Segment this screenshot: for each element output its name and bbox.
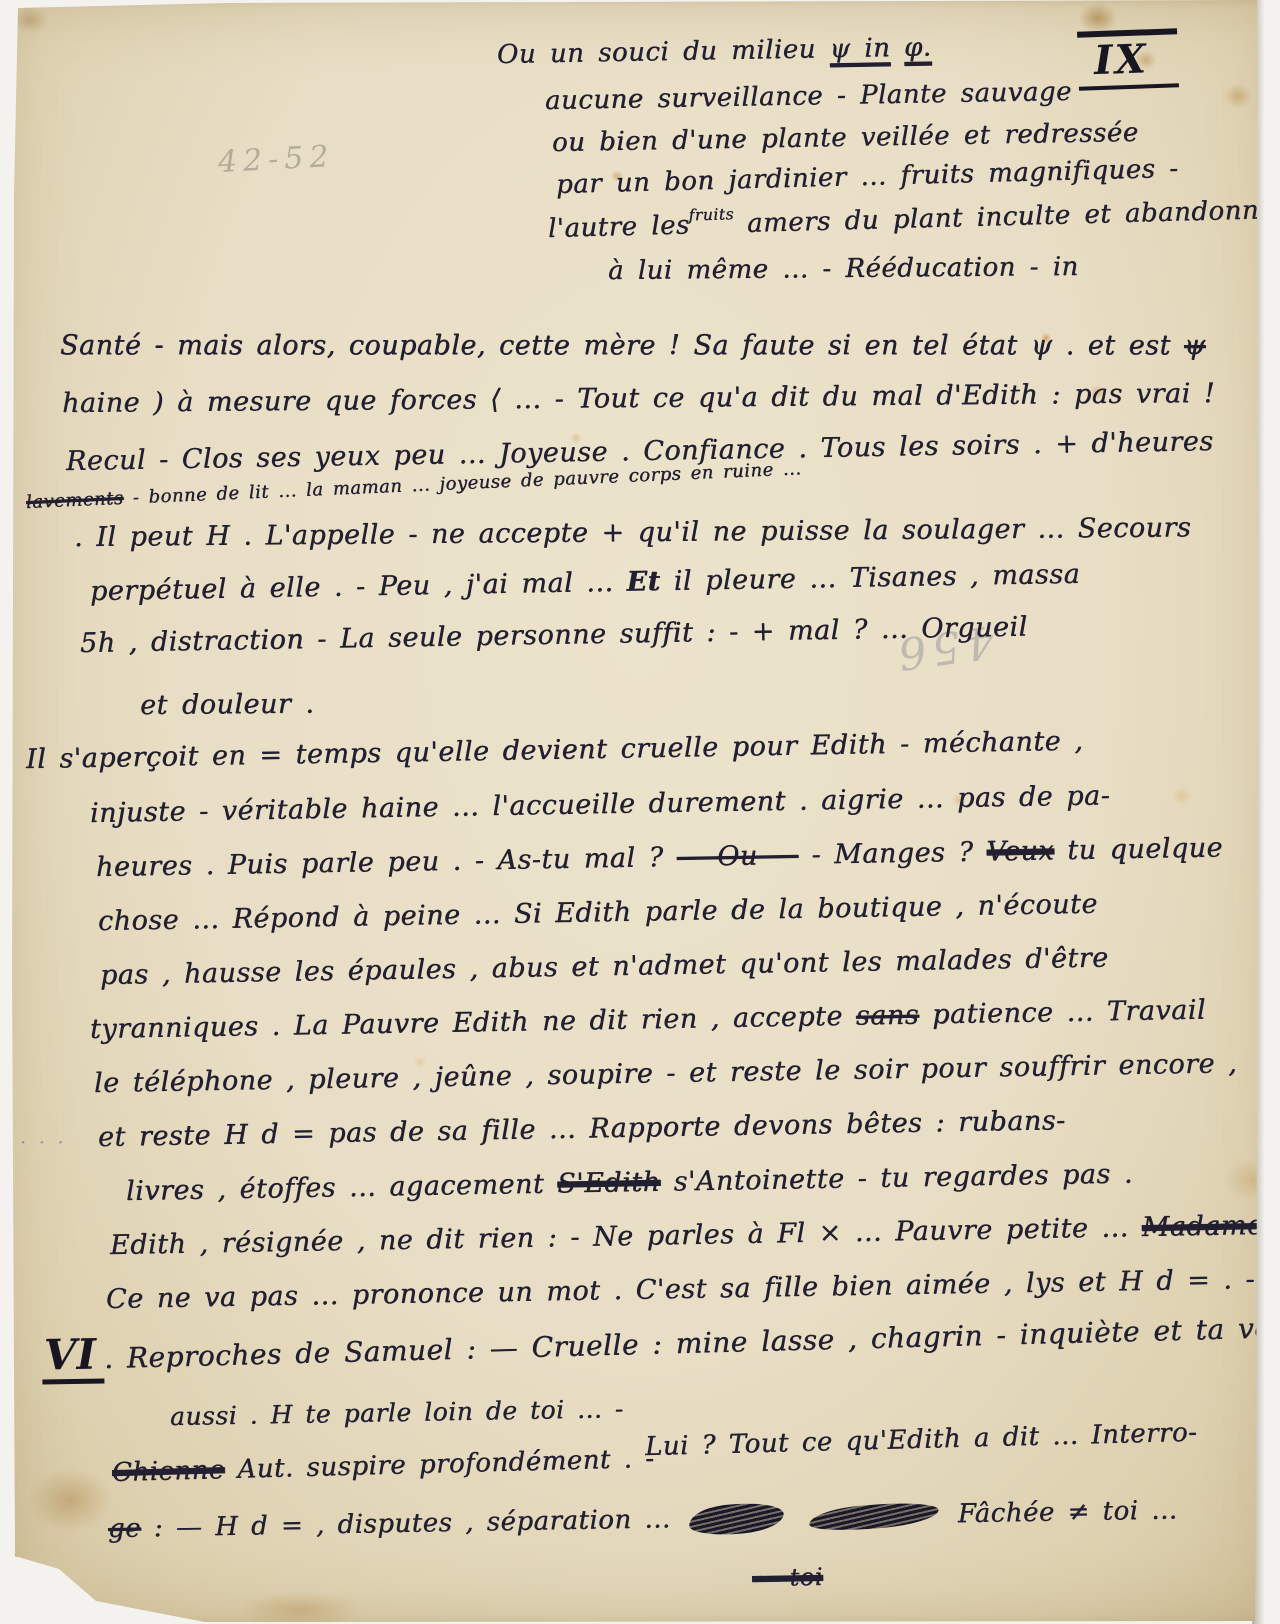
- handwritten-line: et douleur .: [140, 688, 315, 721]
- handwriting-segment: haine ) à mesure que forces ⟨ ... - Tout…: [62, 378, 1215, 419]
- handwriting-segment: Ce ne va pas ... prononce un mot . C'est…: [106, 1264, 1256, 1315]
- handwritten-line: haine ) à mesure que forces ⟨ ... - Tout…: [62, 378, 1215, 419]
- handwritten-line: ge : — H d = , disputes , séparation ...…: [108, 1495, 1178, 1545]
- handwriting-segment: et reste H d = pas de sa fille ... Rappo…: [98, 1105, 1066, 1153]
- handwritten-line: Ou un souci du milieu ψ in φ.: [497, 32, 932, 70]
- section-number-roman: VI: [42, 1329, 105, 1384]
- handwritten-line: le téléphone , pleure , jeûne , soupire …: [94, 1048, 1238, 1099]
- handwritten-line: 5h , distraction - La seule personne suf…: [80, 611, 1028, 659]
- handwriting-segment: injuste - véritable haine ... l'accueill…: [90, 780, 1111, 829]
- handwritten-line: Lui ? Tout ce qu'Edith a dit ... Interro…: [645, 1418, 1198, 1462]
- handwriting-segment: · · ·: [20, 1130, 64, 1154]
- handwriting-segment: aucune surveillance - Plante sauvage: [545, 77, 1072, 116]
- scribble-strike: [688, 1500, 785, 1538]
- handwritten-line: aussi . H te parle loin de toi ... -: [170, 1394, 624, 1431]
- handwriting-segment: ou bien d'une plante veillée et redressé…: [552, 118, 1139, 158]
- handwritten-line: injuste - véritable haine ... l'accueill…: [90, 780, 1111, 829]
- handwriting-segment: Ou un souci du milieu: [497, 34, 830, 70]
- handwriting-segment: Fâchée ≠ toi ...: [945, 1495, 1178, 1529]
- handwriting-segment: Chienne: [112, 1455, 225, 1488]
- scribble-strike: [808, 1499, 940, 1534]
- handwriting-segment: Aut. suspire profondément . -: [224, 1444, 654, 1485]
- handwriting-segment: fruits: [688, 205, 734, 224]
- handwriting-segment: φ.: [904, 32, 932, 62]
- handwriting-segment: [790, 1502, 803, 1532]
- handwriting-segment: par un bon jardinier ... fruits magnifiq…: [556, 154, 1179, 200]
- handwriting-segment: Et: [626, 566, 661, 598]
- handwriting-segment: s'Antoinette - tu regardes pas .: [660, 1158, 1133, 1197]
- handwritten-line: . Reproches de Samuel : — Cruelle : mine…: [104, 1311, 1280, 1375]
- handwriting-segment: patience ... Travail: [919, 995, 1206, 1031]
- handwriting-segment: Il s'aperçoit en = temps qu'elle devient…: [26, 726, 1084, 775]
- handwriting-segment: . Reproches de Samuel : — Cruelle : mine…: [104, 1311, 1280, 1375]
- manuscript-page: IX VI 42-52 456 Ou un souci du milieu ψ …: [0, 0, 1280, 1624]
- handwriting-segment: tyranniques . La Pauvre Edith ne dit rie…: [90, 1001, 856, 1045]
- handwritten-line: Ce ne va pas ... prononce un mot . C'est…: [106, 1264, 1256, 1315]
- handwritten-line: perpétuel à elle . - Peu , j'ai mal ... …: [90, 559, 1081, 607]
- handwriting-segment: Santé - mais alors, coupable, cette mère…: [60, 330, 1184, 361]
- handwriting-segment: il pleure ... Tisanes , massa: [660, 559, 1080, 597]
- pencil-inscription-top: 42-52: [217, 139, 335, 180]
- handwritten-line: heures . Puis parle peu . - As-tu mal ? …: [96, 832, 1223, 883]
- handwritten-line: . Il peut H . L'appelle - ne accepte + q…: [74, 512, 1191, 553]
- handwriting-segment: Veux: [986, 835, 1054, 867]
- handwritten-line: · · ·: [20, 1130, 64, 1154]
- manuscript-scan: IX VI 42-52 456 Ou un souci du milieu ψ …: [0, 0, 1280, 1624]
- handwritten-line: tyranniques . La Pauvre Edith ne dit rie…: [90, 995, 1207, 1045]
- handwritten-line: l'autre lesfruits amers du plant inculte…: [548, 195, 1276, 244]
- handwriting-segment: : — H d = , disputes , séparation ...: [141, 1504, 684, 1543]
- handwritten-line: ou bien d'une plante veillée et redressé…: [552, 118, 1139, 158]
- handwriting-segment: 5h , distraction - La seule personne suf…: [80, 611, 1028, 659]
- handwritten-line: livres , étoffes ... agacement S'Edith s…: [126, 1158, 1133, 1207]
- handwriting-segment: amers du plant inculte et abandonné: [733, 195, 1275, 239]
- handwriting-segment: Madame: [1141, 1210, 1263, 1243]
- handwriting-segment: tu quelque: [1054, 832, 1223, 866]
- handwritten-line: Chienne Aut. suspire profondément . -: [112, 1444, 655, 1488]
- handwriting-segment: . Il peut H . L'appelle - ne accepte + q…: [74, 512, 1191, 553]
- handwriting-segment: aussi . H te parle loin de toi ... -: [170, 1394, 624, 1431]
- handwriting-segment: — toi: [752, 1563, 823, 1592]
- handwriting-segment: à lui même ... - Rééducation - in: [608, 252, 1079, 286]
- handwriting-segment: ψ in: [829, 33, 890, 64]
- handwritten-line: chose ... Répond à peine ... Si Edith pa…: [98, 889, 1098, 937]
- handwritten-line: pas , hausse les épaules , abus et n'adm…: [100, 942, 1109, 991]
- handwriting-segment: heures . Puis parle peu . - As-tu mal ?: [96, 842, 677, 883]
- handwritten-line: — toi: [752, 1563, 823, 1592]
- handwriting-segment: chose ... Répond à peine ... Si Edith pa…: [98, 889, 1098, 937]
- handwriting-segment: livres , étoffes ... agacement: [126, 1168, 558, 1207]
- handwriting-segment: Edith , résignée , ne dit rien : - Ne pa…: [110, 1212, 1142, 1261]
- handwriting-segment: - Manges ?: [798, 836, 987, 870]
- handwritten-line: et reste H d = pas de sa fille ... Rappo…: [98, 1105, 1066, 1153]
- handwriting-segment: ψ: [1184, 330, 1206, 361]
- handwriting-segment: le téléphone , pleure , jeûne , soupire …: [94, 1048, 1238, 1099]
- handwritten-line: Edith , résignée , ne dit rien : - Ne pa…: [110, 1209, 1280, 1261]
- handwriting-segment: [890, 33, 904, 63]
- handwritten-line: Il s'aperçoit en = temps qu'elle devient…: [26, 726, 1084, 775]
- page-number-roman: IX: [1077, 28, 1179, 90]
- handwriting-segment: S'Edith: [557, 1167, 661, 1200]
- handwriting-segment: — Ou —: [676, 840, 798, 873]
- handwriting-segment: sans: [856, 1000, 920, 1032]
- handwriting-segment: Lui ? Tout ce qu'Edith a dit ... Interro…: [645, 1418, 1198, 1462]
- handwriting-segment: ge: [108, 1513, 142, 1544]
- handwriting-segment: pas , hausse les épaules , abus et n'adm…: [100, 942, 1109, 991]
- handwriting-segment: perpétuel à elle . - Peu , j'ai mal ...: [90, 567, 627, 607]
- handwritten-line: par un bon jardinier ... fruits magnifiq…: [556, 154, 1179, 200]
- handwritten-line: aucune surveillance - Plante sauvage: [545, 77, 1072, 116]
- handwritten-line: Santé - mais alors, coupable, cette mère…: [60, 330, 1206, 361]
- handwritten-line: à lui même ... - Rééducation - in: [608, 252, 1079, 286]
- handwriting-segment: l'autre les: [548, 210, 691, 244]
- torn-corner: [8, 1550, 120, 1624]
- handwriting-segment: et douleur .: [140, 688, 315, 721]
- handwriting-segment: lavements: [26, 488, 124, 513]
